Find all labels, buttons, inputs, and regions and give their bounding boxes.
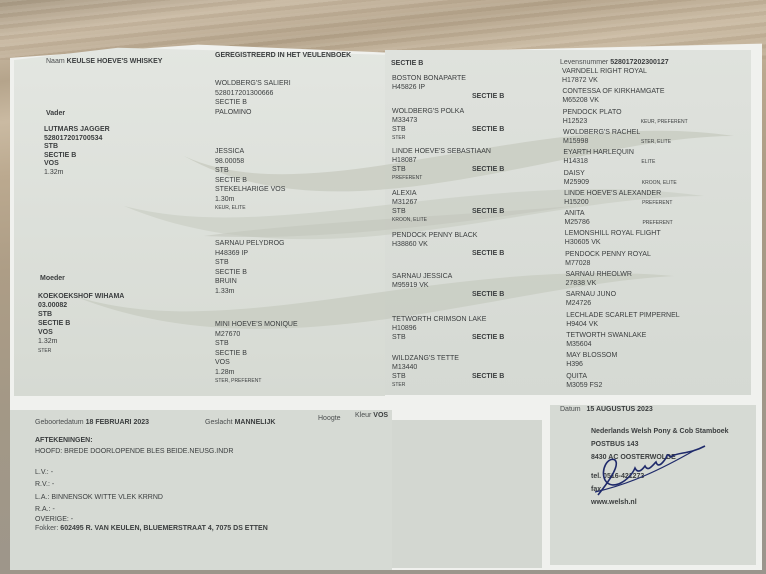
sire-detail: VOS — [44, 160, 59, 168]
grandparent-detail: SECTIE B — [215, 99, 247, 107]
markings-title: AFTEKENINGEN: — [35, 437, 93, 445]
sire-label: Vader — [46, 110, 65, 118]
grandparent-detail: STB — [215, 259, 229, 267]
sex: MANNELIJK — [235, 419, 276, 426]
ggg-reg: M65208 VK — [562, 97, 599, 105]
grandparent-name: SARNAU PELYDROG — [215, 240, 285, 248]
great-grandparent-name: SARNAU JESSICA — [392, 273, 452, 281]
great-grandparent-stb: STB — [392, 373, 406, 381]
markings-la: L.A.: BINNENSOK WITTE VLEK KRRND — [35, 494, 163, 502]
ggg-name: LEMONSHILL ROYAL FLIGHT — [565, 230, 661, 238]
great-grandparent-stb: STB — [392, 166, 406, 174]
great-grandparent-reg: M13440 — [392, 364, 417, 372]
great-grandparent-note: KROON, ELITE — [392, 217, 427, 223]
dam-note: STER — [38, 348, 51, 354]
grandparent-detail: VOS — [215, 359, 230, 367]
markings-rv: R.V.: - — [35, 481, 54, 489]
ggg-reg: H15200 — [564, 199, 589, 207]
ggg-name: QUITA — [566, 373, 587, 381]
registered-heading: GEREGISTREERD IN HET VEULENBOEK — [215, 52, 351, 60]
great-grandparent-section: SECTIE B — [472, 93, 504, 101]
great-grandparent-section: SECTIE B — [472, 250, 504, 258]
sire-detail: SECTIE B — [44, 152, 76, 160]
signature-icon — [590, 440, 710, 500]
ggg-reg: M15998 — [563, 138, 588, 146]
sire-name: LUTMARS JAGGER — [44, 126, 110, 134]
grandparent-note: KEUR, ELITE — [215, 205, 246, 211]
great-grandparent-section: SECTIE B — [472, 291, 504, 299]
grandparent-detail: STB — [215, 340, 229, 348]
ggg-reg: H14318 — [563, 158, 588, 166]
grandparent-detail: PALOMINO — [215, 109, 251, 117]
great-grandparent-section: SECTIE B — [472, 334, 504, 342]
grandparent-detail: STEKELHARIGE VOS — [215, 186, 285, 194]
pedigree-panel-left — [14, 46, 385, 396]
breeder: 602495 R. VAN KEULEN, BLUEMERSTRAAT 4, 7… — [60, 525, 267, 532]
issuer-org: Nederlands Welsh Pony & Cob Stamboek — [591, 428, 729, 436]
great-grandparent-name: PENDOCK PENNY BLACK — [392, 232, 477, 240]
ggg-name: EYARTH HARLEQUIN — [563, 149, 634, 157]
ggg-name: PENDOCK PENNY ROYAL — [565, 251, 651, 259]
markings-head: HOOFD: BREDE DOORLOPENDE BLES BEIDE.NEUS… — [35, 448, 233, 456]
ggg-name: ANITA — [564, 210, 584, 218]
ggg-name: SARNAU RHEOLWR — [566, 271, 632, 279]
color: VOS — [373, 412, 388, 419]
dam-detail: SECTIE B — [38, 320, 70, 328]
ggg-name: PENDOCK PLATO — [563, 109, 622, 117]
great-grandparent-note: PREFERENT — [392, 175, 422, 181]
great-grandparent-section: SECTIE B — [472, 126, 504, 134]
grandparent-detail: 1.30m — [215, 196, 234, 204]
sire-detail: STB — [44, 143, 58, 151]
ggg-note: KEUR, PREFERENT — [641, 119, 688, 125]
breeder-field: Fokker: 602495 R. VAN KEULEN, BLUEMERSTR… — [35, 525, 268, 533]
grandparent-detail: 98.00058 — [215, 158, 244, 166]
horse-name: KEULSE HOEVE'S WHISKEY — [67, 58, 163, 65]
section-heading: SECTIE B — [391, 60, 423, 68]
ggg-reg: M77028 — [565, 260, 590, 268]
markings-other: OVERIGE: - — [35, 516, 73, 524]
dam-label: Moeder — [40, 275, 65, 283]
great-grandparent-name: WILDZANG'S TETTE — [392, 355, 459, 363]
ggg-name: DAISY — [564, 170, 585, 178]
name-label: Naam — [46, 58, 65, 65]
life-number-field: Levensnummer 528017202300127 — [560, 59, 669, 67]
ggg-note: STER, ELITE — [641, 139, 671, 145]
life-number: 528017202300127 — [610, 59, 668, 66]
name-field: Naam KEULSE HOEVE'S WHISKEY — [46, 58, 162, 66]
ggg-name: SARNAU JUNO — [566, 291, 616, 299]
great-grandparent-reg: H45826 IP — [392, 84, 425, 92]
markings-ra: R.A.: - — [35, 506, 55, 514]
grandparent-name: MINI HOEVE'S MONIQUE — [215, 321, 298, 329]
birthdate-field: Geboortedatum 18 FEBRUARI 2023 — [35, 419, 149, 427]
grandparent-detail: 1.33m — [215, 288, 234, 296]
ggg-name: WOLDBERG'S RACHEL — [563, 129, 640, 137]
ggg-reg: H12523 — [563, 118, 588, 126]
ggg-name: LINDE HOEVE'S ALEXANDER — [564, 190, 661, 198]
height-label: Hoogte — [318, 415, 341, 423]
ggg-name: CONTESSA OF KIRKHAMGATE — [562, 88, 664, 96]
ggg-name: MAY BLOSSOM — [566, 352, 617, 360]
ggg-name: LECHLADE SCARLET PIMPERNEL — [566, 312, 679, 320]
issue-date: 15 AUGUSTUS 2023 — [586, 406, 652, 413]
ggg-reg: M25786 — [564, 219, 589, 227]
great-grandparent-section: SECTIE B — [472, 166, 504, 174]
dam-detail: STB — [38, 311, 52, 319]
great-grandparent-reg: H38860 VK — [392, 241, 428, 249]
grandparent-name: WOLDBERG'S SALIERI — [215, 80, 291, 88]
great-grandparent-note: STER — [392, 382, 405, 388]
great-grandparent-stb: STB — [392, 334, 406, 342]
great-grandparent-stb: STB — [392, 126, 406, 134]
ggg-reg: M24726 — [566, 300, 591, 308]
color-field: Kleur VOS — [355, 412, 388, 420]
sire-detail: 1.32m — [44, 169, 63, 177]
ggg-name: VARNDELL RIGHT ROYAL — [562, 68, 647, 76]
great-grandparent-note: STER — [392, 135, 405, 141]
great-grandparent-reg: H18087 — [392, 157, 417, 165]
grandparent-detail: STB — [215, 167, 229, 175]
ggg-name: TETWORTH SWANLAKE — [566, 332, 646, 340]
ggg-reg: H30605 VK — [565, 239, 601, 247]
ggg-reg: H9404 VK — [566, 321, 598, 329]
ggg-note: PREFERENT — [642, 220, 672, 226]
great-grandparent-section: SECTIE B — [472, 373, 504, 381]
great-grandparent-reg: H10896 — [392, 325, 417, 333]
issuer-website: www.welsh.nl — [591, 499, 637, 507]
grandparent-detail: H48369 IP — [215, 250, 248, 258]
ggg-reg: M3059 FS2 — [566, 382, 602, 390]
great-grandparent-reg: M33473 — [392, 117, 417, 125]
dam-detail: 1.32m — [38, 338, 57, 346]
markings-lv: L.V.: - — [35, 469, 53, 477]
grandparent-detail: M27670 — [215, 331, 240, 339]
ggg-note: PREFERENT — [642, 200, 672, 206]
birthdate: 18 FEBRUARI 2023 — [86, 419, 149, 426]
great-grandparent-name: WOLDBERG'S POLKA — [392, 108, 464, 116]
great-grandparent-reg: M95919 VK — [392, 282, 429, 290]
great-grandparent-name: ALEXIA — [392, 190, 417, 198]
dam-detail: VOS — [38, 329, 53, 337]
ggg-reg: H396 — [566, 361, 583, 369]
ggg-note: ELITE — [641, 159, 655, 165]
grandparent-detail: BRUIN — [215, 278, 237, 286]
issue-date-field: Datum 15 AUGUSTUS 2023 — [560, 406, 653, 414]
ggg-note: KROON, ELITE — [642, 180, 677, 186]
grandparent-detail: SECTIE B — [215, 269, 247, 277]
ggg-reg: M35604 — [566, 341, 591, 349]
great-grandparent-reg: M31267 — [392, 199, 417, 207]
great-grandparent-stb: STB — [392, 208, 406, 216]
sire-detail: 528017201700534 — [44, 135, 102, 143]
great-grandparent-section: SECTIE B — [472, 208, 504, 216]
grandparent-detail: 528017201300666 — [215, 90, 273, 98]
blank-panel — [392, 420, 542, 568]
dam-name: KOEKOEKSHOF WIHAMA — [38, 293, 124, 301]
grandparent-detail: SECTIE B — [215, 350, 247, 358]
great-grandparent-name: TETWORTH CRIMSON LAKE — [392, 316, 486, 324]
grandparent-detail: SECTIE B — [215, 177, 247, 185]
details-panel — [10, 410, 392, 570]
sex-field: Geslacht MANNELIJK — [205, 419, 275, 427]
ggg-reg: 27838 VK — [566, 280, 597, 288]
grandparent-note: STER, PREFERENT — [215, 378, 261, 384]
great-grandparent-name: LINDE HOEVE'S SEBASTIAAN — [392, 148, 491, 156]
ggg-reg: M25909 — [564, 179, 589, 187]
grandparent-name: JESSICA — [215, 148, 244, 156]
great-grandparent-name: BOSTON BONAPARTE — [392, 75, 466, 83]
dam-detail: 03.00082 — [38, 302, 67, 310]
ggg-reg: H17872 VK — [562, 77, 598, 85]
grandparent-detail: 1.28m — [215, 369, 234, 377]
